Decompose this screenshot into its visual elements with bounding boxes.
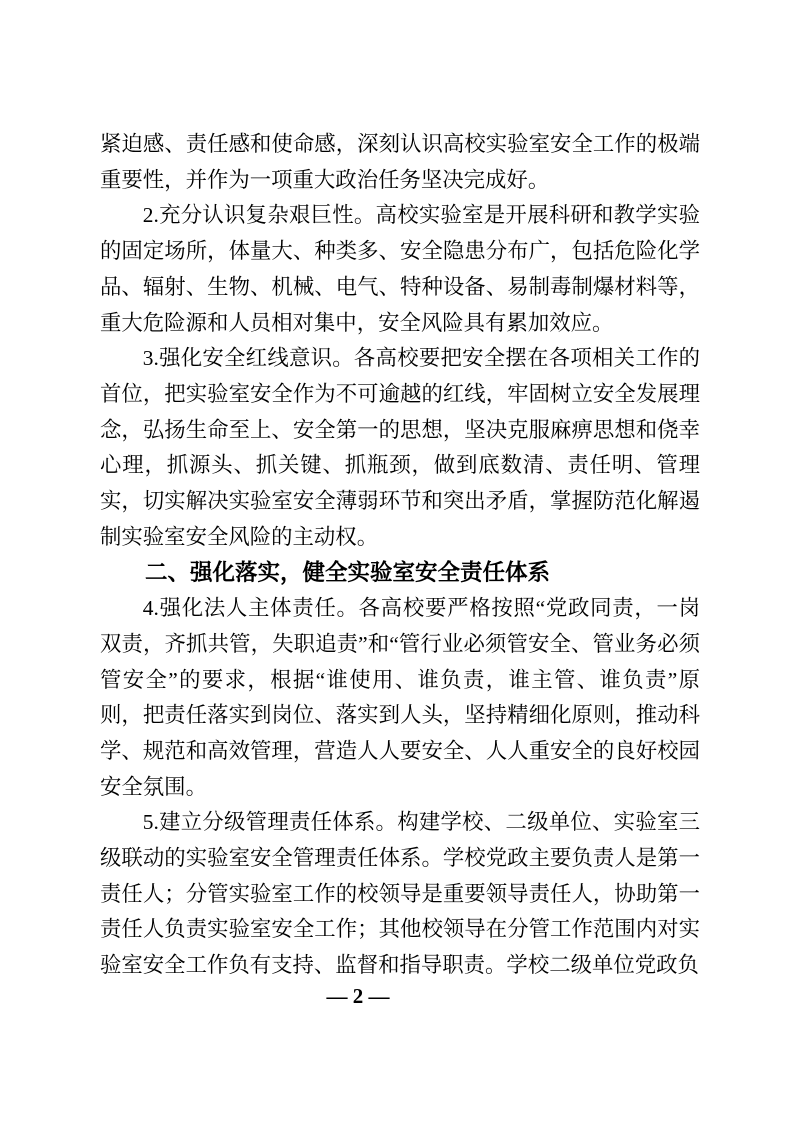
body-paragraph: 4.强化法人主体责任。各高校要严格按照“党政同责，一岗双责，齐抓共管，失职追责”… — [100, 591, 700, 805]
document-page: 紧迫感、责任感和使命感，深刻认识高校实验室安全工作的极端重要性，并作为一项重大政… — [0, 0, 793, 1122]
body-paragraph: 紧迫感、责任感和使命感，深刻认识高校实验室安全工作的极端重要性，并作为一项重大政… — [100, 127, 700, 198]
body-paragraph: 2.充分认识复杂艰巨性。高校实验室是开展科研和教学实验的固定场所，体量大、种类多… — [100, 198, 700, 341]
page-number: — 2 — — [327, 984, 390, 1009]
body-paragraph: 5.建立分级管理责任体系。构建学校、二级单位、实验室三级联动的实验室安全管理责任… — [100, 805, 700, 984]
body-paragraph: 3.强化安全红线意识。各高校要把安全摆在各项相关工作的首位，把实验室安全作为不可… — [100, 341, 700, 555]
document-body: 紧迫感、责任感和使命感，深刻认识高校实验室安全工作的极端重要性，并作为一项重大政… — [100, 127, 700, 984]
section-heading: 二、强化落实，健全实验室安全责任体系 — [100, 555, 700, 591]
